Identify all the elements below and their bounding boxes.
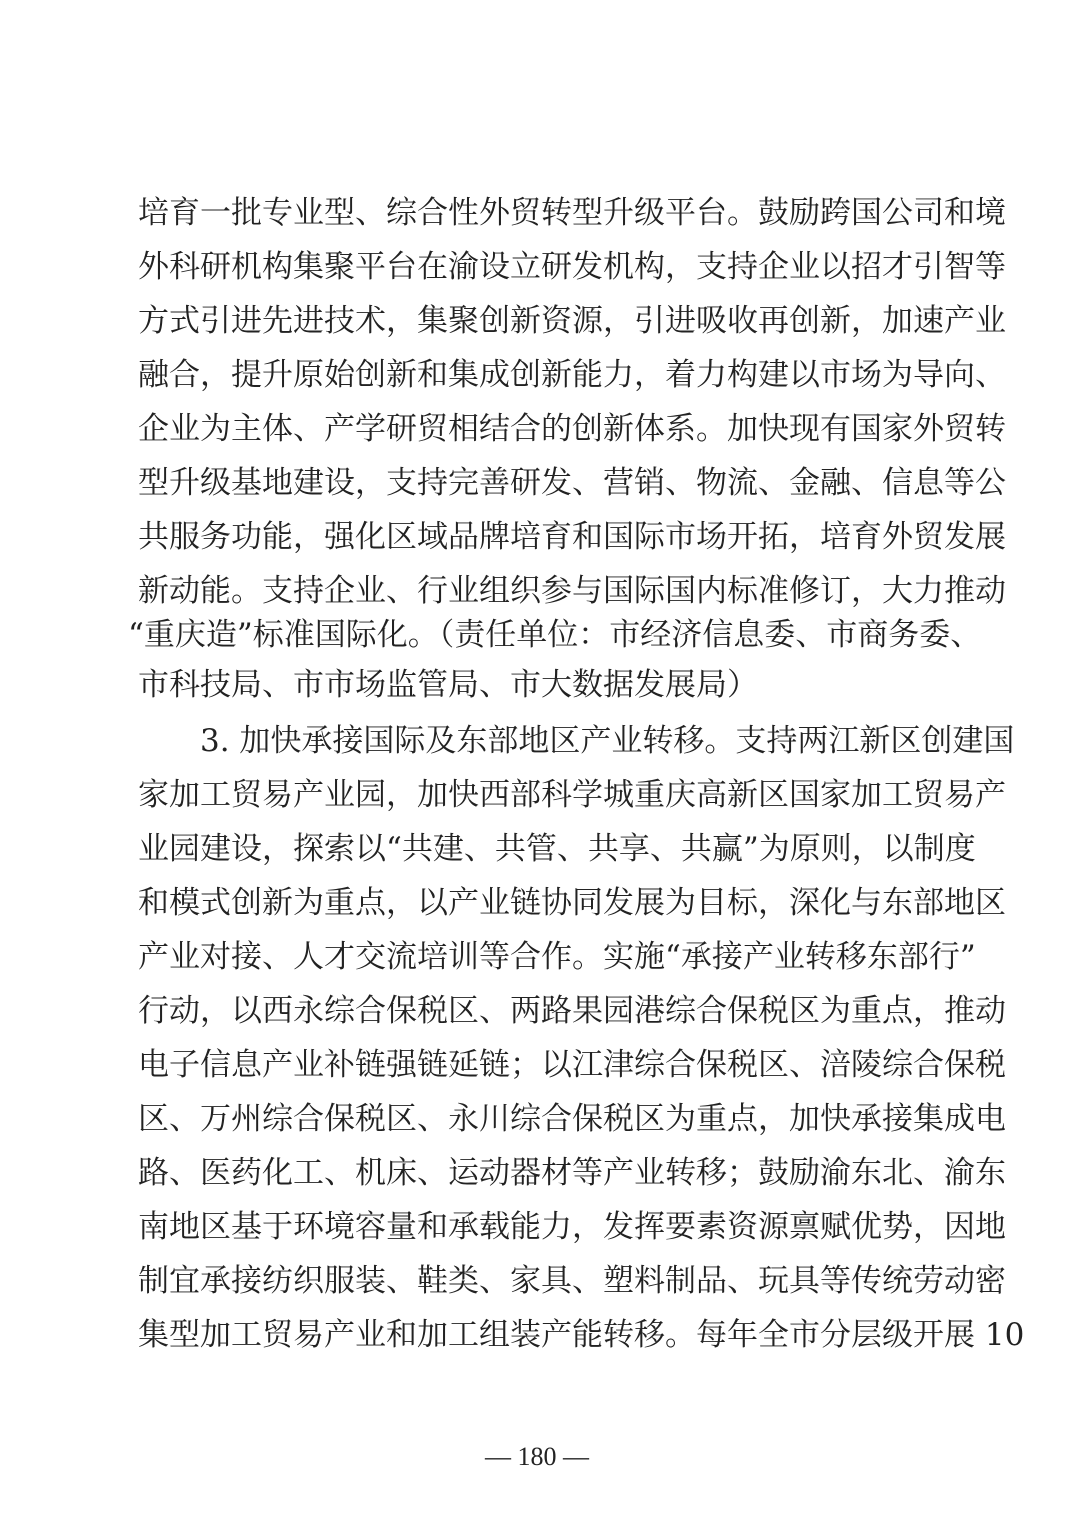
section-heading-line: 3. 加快承接国际及东部地区产业转移。支持两江新区创建国 (138, 714, 938, 768)
text-line: 区、万州综合保税区、永川综合保税区为重点，加快承接集成电 (138, 1092, 938, 1146)
text-line: 方式引进先进技术，集聚创新资源，引进吸收再创新，加速产业 (138, 294, 938, 348)
text-line: 培育一批专业型、综合性外贸转型升级平台。鼓励跨国公司和境 (138, 186, 938, 240)
text-line: 电子信息产业补链强链延链；以江津综合保税区、涪陵综合保税 (138, 1038, 938, 1092)
document-page: 培育一批专业型、综合性外贸转型升级平台。鼓励跨国公司和境 外科研机构集聚平台在渝… (0, 0, 1074, 1520)
text-line: 业园建设，探索以“共建、共管、共享、共赢”为原则，以制度 (138, 822, 938, 876)
text-line: 制宜承接纺织服装、鞋类、家具、塑料制品、玩具等传统劳动密 (138, 1254, 938, 1308)
text-line: 外科研机构集聚平台在渝设立研发机构，支持企业以招才引智等 (138, 240, 938, 294)
text-line: 共服务功能，强化区域品牌培育和国际市场开拓，培育外贸发展 (138, 510, 938, 564)
text-line: 企业为主体、产学研贸相结合的创新体系。加快现有国家外贸转 (138, 402, 938, 456)
page-number: — 180 — (0, 1437, 1074, 1477)
text-line: 产业对接、人才交流培训等合作。实施“承接产业转移东部行” (138, 930, 938, 984)
text-line: 和模式创新为重点，以产业链协同发展为目标，深化与东部地区 (138, 876, 938, 930)
text-line: 融合，提升原始创新和集成创新能力，着力构建以市场为导向、 (138, 348, 938, 402)
text-line: 行动，以西永综合保税区、两路果园港综合保税区为重点，推动 (138, 984, 938, 1038)
text-line: 市科技局、市市场监管局、市大数据发展局） (138, 658, 938, 712)
text-line: “重庆造”标准国际化。（责任单位：市经济信息委、市商务委、 (128, 608, 938, 662)
text-line: 家加工贸易产业园，加快西部科学城重庆高新区国家加工贸易产 (138, 768, 938, 822)
text-line: 南地区基于环境容量和承载能力，发挥要素资源禀赋优势，因地 (138, 1200, 938, 1254)
text-line: 路、医药化工、机床、运动器材等产业转移；鼓励渝东北、渝东 (138, 1146, 938, 1200)
text-line: 集型加工贸易产业和加工组装产能转移。每年全市分层级开展 10 (138, 1308, 938, 1362)
text-line: 型升级基地建设，支持完善研发、营销、物流、金融、信息等公 (138, 456, 938, 510)
